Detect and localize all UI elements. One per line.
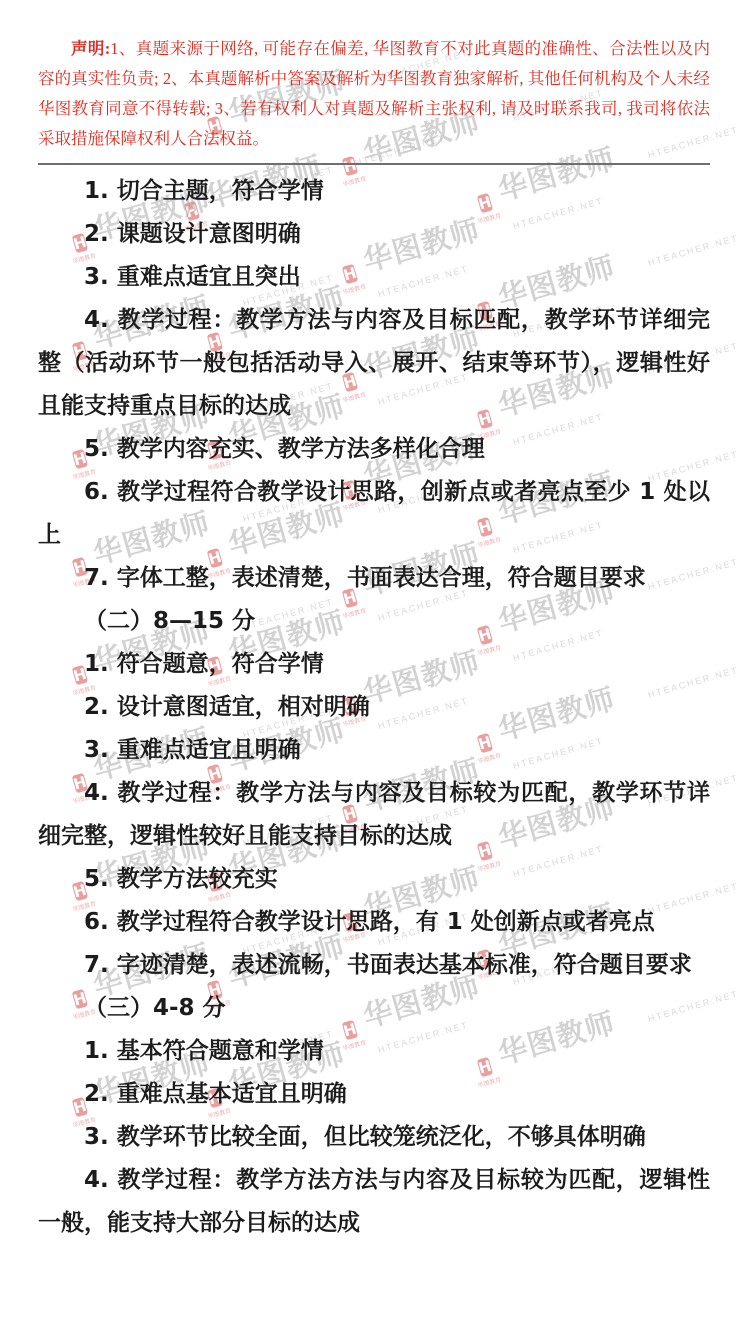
paragraph: 3. 教学环节比较全面，但比较笼统泛化，不够具体明确: [38, 1116, 710, 1159]
paragraph: 5. 教学方法较充实: [38, 858, 710, 901]
paragraph: 1. 切合主题，符合学情: [38, 170, 710, 213]
document-page: H 华图教育 华图教师 HTEACHER.NET H 华图教育 华图教师 HTE…: [0, 0, 748, 1335]
paragraph: 1. 符合题意，符合学情: [38, 643, 710, 686]
paragraph: 3. 重难点适宜且突出: [38, 256, 710, 299]
paragraph-list: 1. 切合主题，符合学情2. 课题设计意图明确3. 重难点适宜且突出4. 教学过…: [38, 165, 710, 1245]
paragraph: 4. 教学过程：教学方法与内容及目标匹配，教学环节详细完整（活动环节一般包括活动…: [38, 299, 710, 428]
paragraph: 2. 课题设计意图明确: [38, 213, 710, 256]
paragraph: （三）4-8 分: [38, 987, 710, 1030]
disclaimer-label: 声明:: [71, 39, 110, 58]
paragraph: 1. 基本符合题意和学情: [38, 1030, 710, 1073]
paragraph: 3. 重难点适宜且明确: [38, 729, 710, 772]
document-content: 声明:1、真题来源于网络, 可能存在偏差, 华图教育不对此真题的准确性、合法性以…: [0, 0, 748, 1245]
paragraph: 6. 教学过程符合教学设计思路，创新点或者亮点至少 1 处以上: [38, 471, 710, 557]
paragraph: （二）8—15 分: [38, 600, 710, 643]
paragraph: 4. 教学过程：教学方法方法与内容及目标较为匹配，逻辑性一般，能支持大部分目标的…: [38, 1159, 710, 1245]
disclaimer-paragraph: 声明:1、真题来源于网络, 可能存在偏差, 华图教育不对此真题的准确性、合法性以…: [38, 34, 710, 154]
paragraph: 5. 教学内容充实、教学方法多样化合理: [38, 428, 710, 471]
disclaimer-text: 1、真题来源于网络, 可能存在偏差, 华图教育不对此真题的准确性、合法性以及内容…: [38, 39, 710, 148]
paragraph: 4. 教学过程：教学方法与内容及目标较为匹配，教学环节详细完整，逻辑性较好且能支…: [38, 772, 710, 858]
paragraph: 7. 字迹清楚，表述流畅，书面表达基本标准，符合题目要求: [38, 944, 710, 987]
paragraph: 7. 字体工整，表述清楚，书面表达合理，符合题目要求: [38, 557, 710, 600]
paragraph: 2. 设计意图适宜，相对明确: [38, 686, 710, 729]
paragraph: 6. 教学过程符合教学设计思路，有 1 处创新点或者亮点: [38, 901, 710, 944]
paragraph: 2. 重难点基本适宜且明确: [38, 1073, 710, 1116]
